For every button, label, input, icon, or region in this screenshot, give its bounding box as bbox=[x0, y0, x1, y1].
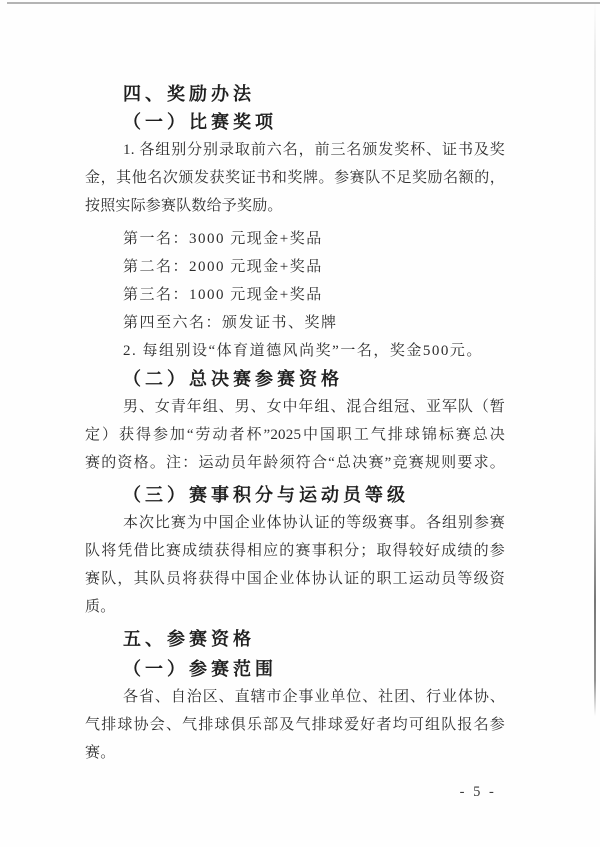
prize-line-first: 第一名：3000 元现金+奖品 bbox=[85, 225, 505, 253]
scan-artifact-right-line bbox=[594, 0, 596, 716]
section-4-heading: 四、奖励办法 bbox=[85, 80, 505, 108]
body-line: 本次比赛为中国企业体协认证的等级赛事。各组别参赛 bbox=[85, 509, 505, 537]
prize-line-second: 第二名：2000 元现金+奖品 bbox=[85, 253, 505, 281]
section-5-1-heading: （一）参赛范围 bbox=[85, 655, 505, 683]
body-line: 2. 每组别设“体育道德风尚奖”一名，奖金500元。 bbox=[85, 337, 505, 365]
scan-artifact-top-line bbox=[7, 2, 600, 4]
section-4-2-heading: （二）总决赛参赛资格 bbox=[85, 365, 505, 393]
body-line: 气排球协会、气排球俱乐部及气排球爱好者均可组队报名参 bbox=[85, 711, 505, 739]
page-number: - 5 - bbox=[447, 782, 509, 802]
prize-line-third: 第三名：1000 元现金+奖品 bbox=[85, 281, 505, 309]
body-line: 队将凭借比赛成绩获得相应的赛事积分；取得较好成绩的参 bbox=[85, 537, 505, 565]
section-4-1-heading: （一）比赛奖项 bbox=[85, 108, 505, 136]
document-body: 四、奖励办法 （一）比赛奖项 1. 各组别分别录取前六名，前三名颁发奖杯、证书及… bbox=[85, 80, 505, 767]
body-line: 各省、自治区、直辖市企事业单位、社团、行业体协、 bbox=[85, 683, 505, 711]
body-line: 金，其他名次颁发获奖证书和奖牌。参赛队不足奖励名额的， bbox=[85, 164, 505, 192]
body-line: 定）获得参加“劳动者杯”2025中国职工气排球锦标赛总决 bbox=[85, 421, 505, 449]
body-line: 赛队，其队员将获得中国企业体协认证的职工运动员等级资 bbox=[85, 565, 505, 593]
scanned-document-page: 四、奖励办法 （一）比赛奖项 1. 各组别分别录取前六名，前三名颁发奖杯、证书及… bbox=[0, 0, 600, 847]
body-line: 按照实际参赛队数给予奖励。 bbox=[85, 192, 505, 220]
body-line: 1. 各组别分别录取前六名，前三名颁发奖杯、证书及奖 bbox=[85, 136, 505, 164]
section-4-3-heading: （三）赛事积分与运动员等级 bbox=[85, 481, 505, 509]
section-5-heading: 五、参赛资格 bbox=[85, 625, 505, 653]
body-line: 赛的资格。注：运动员年龄须符合“总决赛”竞赛规则要求。 bbox=[85, 449, 505, 477]
body-line: 男、女青年组、男、女中年组、混合组冠、亚军队（暂 bbox=[85, 393, 505, 421]
body-line: 质。 bbox=[85, 593, 505, 621]
body-line: 赛。 bbox=[85, 739, 505, 767]
prize-line-fourth-to-sixth: 第四至六名：颁发证书、奖牌 bbox=[85, 309, 505, 337]
